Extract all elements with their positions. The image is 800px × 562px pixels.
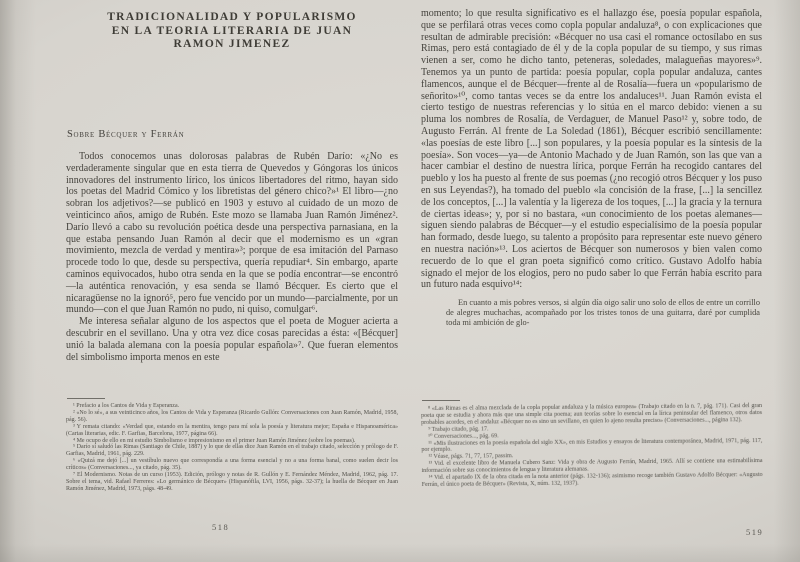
verse-blockquote: En cuanto a mis pobres versos, si algún … [446,298,760,327]
footnote: ⁸ «Las Rimas es el alma mezclada de la c… [421,403,762,427]
title-line-2: EN LA TEORIA LITERARIA DE JUAN [58,25,406,39]
footnote-rule [67,398,105,399]
footnote-rule [422,400,460,401]
title-line-3: RAMON JIMENEZ [58,38,406,52]
footnote: ² «No lo sé», a sus veinticinco años, lo… [66,410,398,424]
page-number-left: 518 [212,522,229,532]
body-paragraph: Todos conocemos unas dolorosas palabras … [66,151,398,316]
left-body-text: Todos conocemos unas dolorosas palabras … [66,151,398,363]
left-page: TRADICIONALIDAD Y POPULARISMO EN LA TEOR… [66,0,398,562]
footnote: ¹⁴ Vid. el apartado IX de la obra citada… [422,472,763,489]
scanned-book-spread: TRADICIONALIDAD Y POPULARISMO EN LA TEOR… [0,0,800,562]
footnote: ³ Y remata citando: «Verdad que, estando… [66,424,398,438]
title-line-1: TRADICIONALIDAD Y POPULARISMO [58,11,406,25]
right-page: momento; lo que resulta significativo es… [421,0,762,562]
page-number-right: 519 [746,527,763,537]
footnote: ⁵ Darío sí saludó las Rimas (Santiago de… [66,444,398,458]
right-body-text: momento; lo que resulta significativo es… [421,8,762,327]
footnote: ⁷ El Modernismo. Notas de un curso (1953… [66,472,398,493]
article-title: TRADICIONALIDAD Y POPULARISMO EN LA TEOR… [58,11,406,52]
body-paragraph: momento; lo que resulta significativo es… [421,8,762,291]
right-footnotes: ⁸ «Las Rimas es el alma mezclada de la c… [421,403,763,489]
body-paragraph: Me interesa señalar alguno de los aspect… [66,316,398,363]
footnote: ⁶ «Quizá me dejó [...] un vestíbulo nuev… [66,458,398,472]
footnote: ¹ Prefacio a los Cantos de Vida y Espera… [66,403,398,410]
left-footnotes: ¹ Prefacio a los Cantos de Vida y Espera… [66,403,398,493]
section-heading: Sobre Bécquer y Ferrán [67,129,184,140]
